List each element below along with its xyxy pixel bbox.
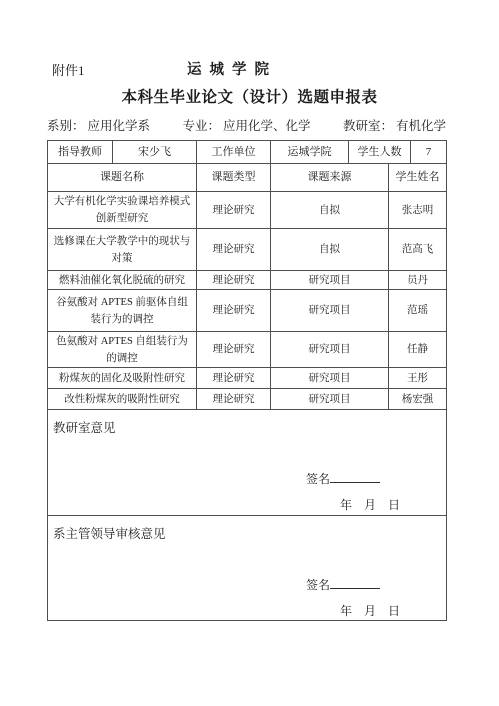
student-name-cell: 任静: [389, 332, 446, 367]
topic-type-cell: 理论研究: [197, 229, 271, 270]
student-name-cell: 范高飞: [389, 229, 446, 270]
office-opinion-section: 教研室意见 签名 年 月 日: [48, 410, 446, 516]
topic-source-cell: 研究项目: [271, 368, 389, 388]
topic-source-cell: 自拟: [271, 229, 389, 270]
col-header-student: 学生姓名: [389, 164, 446, 191]
attachment-label: 附件1: [52, 60, 85, 79]
application-table: 指导教师 宋少飞 工作单位 运城学院 学生人数 7 课题名称 课题类型 课题来源…: [47, 140, 447, 621]
work-unit-label-cell: 工作单位: [197, 141, 271, 163]
col-header-type: 课题类型: [197, 164, 271, 191]
col-header-title: 课题名称: [48, 164, 197, 191]
dept-field: 系别： 应用化学系: [47, 116, 150, 134]
student-count-label-cell: 学生人数: [349, 141, 411, 163]
student-name-cell: 杨宏强: [389, 389, 446, 409]
student-name-cell: 张志明: [389, 192, 446, 228]
info-line: 系别： 应用化学系 专业： 应用化学、化学 教研室： 有机化学: [47, 116, 446, 134]
table-row: 色氨酸对 APTES 自组装行为的调控 理论研究 研究项目 任静: [48, 332, 446, 368]
office-value: 有机化学: [396, 116, 446, 134]
topic-title-cell: 大学有机化学实验课培养模式创新型研究: [48, 192, 197, 228]
column-header-row: 课题名称 课题类型 课题来源 学生姓名: [48, 164, 446, 192]
table-row: 改性粉煤灰的吸附性研究 理论研究 研究项目 杨宏强: [48, 389, 446, 410]
table-row: 粉煤灰的固化及吸附性研究 理论研究 研究项目 王彤: [48, 368, 446, 389]
advisor-label-cell: 指导教师: [48, 141, 113, 163]
topic-title-cell: 选修课在大学教学中的现状与对策: [48, 229, 197, 270]
topic-source-cell: 研究项目: [271, 271, 389, 289]
table-row: 大学有机化学实验课培养模式创新型研究 理论研究 自拟 张志明: [48, 192, 446, 229]
table-row: 谷氨酸对 APTES 前驱体自组装行为的调控 理论研究 研究项目 范瑶: [48, 290, 446, 332]
topic-type-cell: 理论研究: [197, 290, 271, 331]
topic-title-cell: 谷氨酸对 APTES 前驱体自组装行为的调控: [48, 290, 197, 331]
date-line: 年 月 日: [340, 602, 400, 619]
topic-type-cell: 理论研究: [197, 271, 271, 289]
table-row: 燃料油催化氧化脱硫的研究 理论研究 研究项目 员丹: [48, 271, 446, 290]
student-name-cell: 王彤: [389, 368, 446, 388]
leader-opinion-label: 系主管领导审核意见: [53, 524, 166, 542]
major-field: 专业： 应用化学、化学: [182, 116, 310, 134]
major-label: 专业：: [182, 116, 220, 134]
signature-label: 签名: [306, 472, 330, 486]
dept-value: 应用化学系: [88, 116, 151, 134]
signature-underline: [330, 588, 380, 589]
advisor-row: 指导教师 宋少飞 工作单位 运城学院 学生人数 7: [48, 141, 446, 164]
topic-type-cell: 理论研究: [197, 192, 271, 228]
advisor-name-cell: 宋少飞: [113, 141, 197, 163]
signature-line: 签名: [306, 576, 380, 593]
leader-opinion-section: 系主管领导审核意见 签名 年 月 日: [48, 516, 446, 620]
school-title: 运城学院: [187, 58, 277, 79]
table-row: 选修课在大学教学中的现状与对策 理论研究 自拟 范高飞: [48, 229, 446, 271]
student-name-cell: 员丹: [389, 271, 446, 289]
dept-label: 系别：: [47, 116, 85, 134]
date-line: 年 月 日: [340, 496, 400, 513]
topic-source-cell: 研究项目: [271, 389, 389, 409]
form-title: 本科生毕业论文（设计）选题申报表: [0, 85, 499, 107]
topic-title-cell: 色氨酸对 APTES 自组装行为的调控: [48, 332, 197, 367]
work-unit-value-cell: 运城学院: [271, 141, 349, 163]
topic-source-cell: 自拟: [271, 192, 389, 228]
major-value: 应用化学、化学: [223, 116, 311, 134]
student-name-cell: 范瑶: [389, 290, 446, 331]
topic-type-cell: 理论研究: [197, 368, 271, 388]
office-label: 教研室：: [343, 116, 393, 134]
signature-underline: [330, 482, 380, 483]
signature-label: 签名: [306, 578, 330, 592]
col-header-source: 课题来源: [271, 164, 389, 191]
topic-title-cell: 粉煤灰的固化及吸附性研究: [48, 368, 197, 388]
topic-type-cell: 理论研究: [197, 332, 271, 367]
office-opinion-label: 教研室意见: [53, 418, 116, 436]
topic-source-cell: 研究项目: [271, 332, 389, 367]
topic-type-cell: 理论研究: [197, 389, 271, 409]
office-field: 教研室： 有机化学: [343, 116, 446, 134]
topic-title-cell: 燃料油催化氧化脱硫的研究: [48, 271, 197, 289]
topic-source-cell: 研究项目: [271, 290, 389, 331]
signature-line: 签名: [306, 470, 380, 487]
document-page: 附件1 运城学院 本科生毕业论文（设计）选题申报表 系别： 应用化学系 专业： …: [0, 0, 499, 706]
student-count-value-cell: 7: [411, 141, 446, 163]
topic-title-cell: 改性粉煤灰的吸附性研究: [48, 389, 197, 409]
